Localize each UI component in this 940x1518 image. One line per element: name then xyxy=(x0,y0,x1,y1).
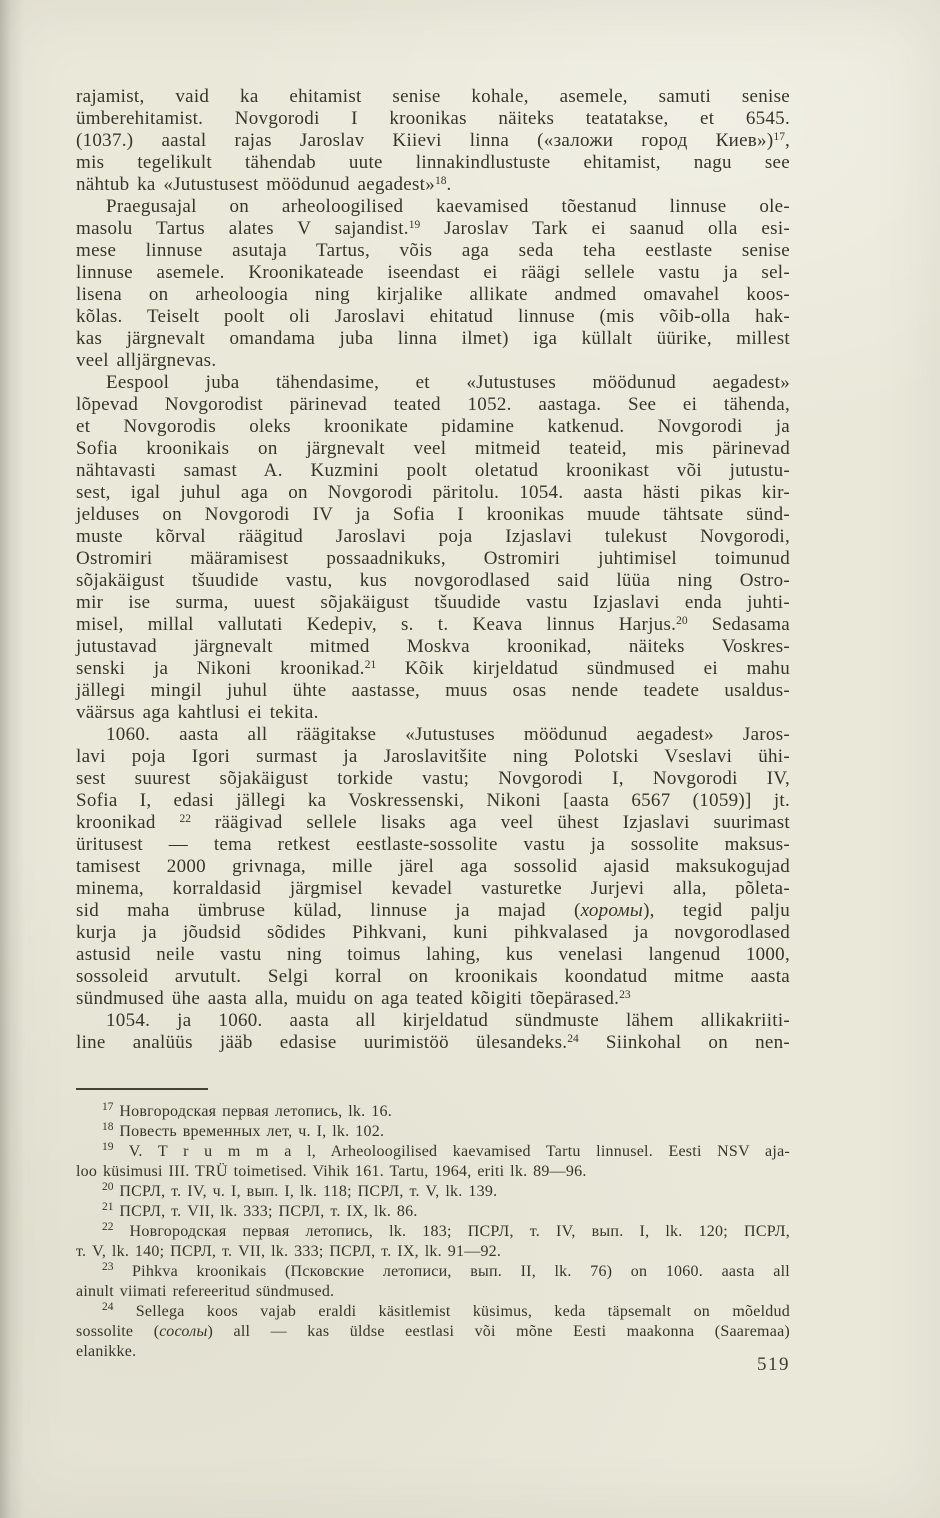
page-text-block: rajamist, vaid ka ehitamist senise kohal… xyxy=(76,86,790,1362)
text-line: sossoleid arvutult. Selgi korral on kroo… xyxy=(76,966,790,988)
text-run: mir ise surma, uuest sõjakäigust tšuudid… xyxy=(76,592,790,613)
text-run: veel alljärgnevas. xyxy=(76,350,216,371)
text-line: sündmused ühe aasta alla, muidu on aga t… xyxy=(76,988,790,1010)
text-line: 1060. aasta all räägitakse «Jutustuses m… xyxy=(76,724,790,746)
text-line: lavi poja Igori surmast ja Jaroslavitšit… xyxy=(76,746,790,768)
text-run: V. T r u m m a l, Arheoloogilised kaevam… xyxy=(114,1143,791,1160)
text-run: ) all — kas üldse eestlasi või mõne Eest… xyxy=(208,1323,790,1340)
footnote-ref: 21 xyxy=(365,659,377,671)
footnote: 18 Повесть временных лет, ч. I, lk. 102. xyxy=(76,1122,790,1142)
text-run: sest suurest sõjakäigust torkide vastu; … xyxy=(76,768,790,789)
text-line: 21 ПСРЛ, т. VII, lk. 333; ПСРЛ, т. IX, l… xyxy=(76,1202,790,1222)
paragraph: 1060. aasta all räägitakse «Jutustuses m… xyxy=(76,724,790,1010)
footnote-ref: 17 xyxy=(102,1101,114,1113)
text-run: kõlas. Teiselt poolt oli Jaroslavi ehita… xyxy=(76,306,790,327)
text-line: nähtavasti samast A. Kuzmini poolt oleta… xyxy=(76,460,790,482)
text-run: ПСРЛ, т. VII, lk. 333; ПСРЛ, т. IX, lk. … xyxy=(114,1203,418,1220)
text-line: sossolite (сосолы) all — kas üldse eestl… xyxy=(76,1322,790,1342)
text-line: üritusest — tema retkest eestlaste-sosso… xyxy=(76,834,790,856)
body-paragraphs: rajamist, vaid ka ehitamist senise kohal… xyxy=(76,86,790,1054)
text-line: 17 Новгородская первая летопись, lk. 16. xyxy=(76,1102,790,1122)
text-line: jutustavad järgnevalt mitmed Moskva kroo… xyxy=(76,636,790,658)
text-run: sossoleid arvutult. Selgi korral on kroo… xyxy=(76,966,790,987)
text-line: lõpevad Novgorodist pärinevad teated 105… xyxy=(76,394,790,416)
footnote-ref: 21 xyxy=(102,1201,114,1213)
text-run: lisena on arheoloogia ning kirjalike all… xyxy=(76,284,790,305)
text-run: sossolite ( xyxy=(76,1323,159,1340)
text-run: Sellega koos vajab eraldi käsitlemist kü… xyxy=(114,1303,791,1320)
text-line: sest, igal juhul aga on Novgorodi pärito… xyxy=(76,482,790,504)
text-run: sündmused ühe aasta alla, muidu on aga t… xyxy=(76,988,619,1009)
paragraph: 1054. ja 1060. aasta all kirjeldatud sün… xyxy=(76,1010,790,1054)
text-run: räägivad sellele lisaks aga veel ühest I… xyxy=(191,812,790,833)
text-run: kas järgnevalt omandama juba linna ilmet… xyxy=(76,328,790,349)
footnote-ref: 18 xyxy=(102,1121,114,1133)
text-line: 22 Новгородская первая летопись, lk. 183… xyxy=(76,1222,790,1242)
text-run: Eespool juba tähendasime, et «Jutustuses… xyxy=(106,372,790,393)
text-line: (1037.) aastal rajas Jaroslav Kiievi lin… xyxy=(76,130,790,152)
page-left-edge-shadow xyxy=(0,0,24,1518)
text-run: (1037.) aastal rajas Jaroslav Kiievi lin… xyxy=(76,130,773,151)
text-line: veel alljärgnevas. xyxy=(76,350,790,372)
footnote-ref: 23 xyxy=(619,989,631,1001)
text-line: 24 Sellega koos vajab eraldi käsitlemist… xyxy=(76,1302,790,1322)
text-run: Повесть временных лет, ч. I, lk. 102. xyxy=(114,1123,385,1140)
text-line: minema, korraldasid järgmisel kevadel va… xyxy=(76,878,790,900)
text-line: linnuse asemele. Kroonikateade iseendast… xyxy=(76,262,790,284)
footnote-ref: 23 xyxy=(102,1261,114,1273)
text-run: jelduses on Novgorodi IV ja Sofia I kroo… xyxy=(76,504,790,525)
text-run: line analüüs jääb edasise uurimistöö üle… xyxy=(76,1032,567,1053)
text-run: tamisest 2000 grivnaga, mille järel aga … xyxy=(76,856,790,877)
text-line: kas järgnevalt omandama juba linna ilmet… xyxy=(76,328,790,350)
footnote-ref: 19 xyxy=(409,219,421,231)
text-run: lõpevad Novgorodist pärinevad teated 105… xyxy=(76,394,790,415)
text-run: masolu Tartus alates V sajandist. xyxy=(76,218,409,239)
text-run: сосолы xyxy=(159,1323,207,1340)
paragraph: rajamist, vaid ka ehitamist senise kohal… xyxy=(76,86,790,196)
text-run: ainult viimati refereeritud sündmused. xyxy=(76,1283,334,1300)
text-line: mis tegelikult tähendab uute linnakindlu… xyxy=(76,152,790,174)
text-run: Новгородская первая летопись, lk. 183; П… xyxy=(114,1223,791,1240)
text-line: 23 Pihkva kroonikais (Псковские летописи… xyxy=(76,1262,790,1282)
text-line: nähtub ka «Jutustusest möödunud aegadest… xyxy=(76,174,790,196)
paragraph: Eespool juba tähendasime, et «Jutustuses… xyxy=(76,372,790,724)
text-line: sõjakäigust tšuudide vastu, kus novgorod… xyxy=(76,570,790,592)
footnote: 22 Новгородская первая летопись, lk. 183… xyxy=(76,1222,790,1262)
text-line: 19 V. T r u m m a l, Arheoloogilised kae… xyxy=(76,1142,790,1162)
text-run: т. V, lk. 140; ПСРЛ, т. VII, lk. 333; ПС… xyxy=(76,1243,501,1260)
text-run: ), tegid palju xyxy=(643,900,790,921)
footnote-ref: 19 xyxy=(102,1141,114,1153)
text-run: lavi poja Igori surmast ja Jaroslavitšit… xyxy=(76,746,790,767)
text-run: , xyxy=(785,130,790,151)
text-line: 18 Повесть временных лет, ч. I, lk. 102. xyxy=(76,1122,790,1142)
text-line: jelduses on Novgorodi IV ja Sofia I kroo… xyxy=(76,504,790,526)
footnote: 21 ПСРЛ, т. VII, lk. 333; ПСРЛ, т. IX, l… xyxy=(76,1202,790,1222)
text-line: Eespool juba tähendasime, et «Jutustuses… xyxy=(76,372,790,394)
text-run: Ostromiri määramisest possaadnikuks, Ost… xyxy=(76,548,790,569)
footnote-ref: 24 xyxy=(102,1301,114,1313)
text-line: kroonikad 22 räägivad sellele lisaks aga… xyxy=(76,812,790,834)
footnote-ref: 20 xyxy=(676,615,688,627)
text-run: väärsus aga kahtlusi ei tekita. xyxy=(76,702,319,723)
text-line: mese linnuse asutaja Tartus, võis aga se… xyxy=(76,240,790,262)
text-line: masolu Tartus alates V sajandist.19 Jaro… xyxy=(76,218,790,240)
text-run: elanikke. xyxy=(76,1343,136,1360)
text-run: üritusest — tema retkest eestlaste-sosso… xyxy=(76,834,790,855)
text-line: misel, millal vallutati Kedepiv, s. t. K… xyxy=(76,614,790,636)
text-line: 20 ПСРЛ, т. IV, ч. I, вып. I, lk. 118; П… xyxy=(76,1182,790,1202)
footnote-ref: 18 xyxy=(435,175,447,187)
text-run: mese linnuse asutaja Tartus, võis aga se… xyxy=(76,240,790,261)
text-run: nähtub ka «Jutustusest möödunud aegadest… xyxy=(76,174,435,195)
text-line: sest suurest sõjakäigust torkide vastu; … xyxy=(76,768,790,790)
text-line: astusid neile vastu ning toimus lahing, … xyxy=(76,944,790,966)
text-line: т. V, lk. 140; ПСРЛ, т. VII, lk. 333; ПС… xyxy=(76,1242,790,1262)
footnote-ref: 24 xyxy=(567,1033,579,1045)
text-run: jällegi mingil juhul ühte aastasse, muus… xyxy=(76,680,790,701)
footnote: 20 ПСРЛ, т. IV, ч. I, вып. I, lk. 118; П… xyxy=(76,1182,790,1202)
text-run: sõjakäigust tšuudide vastu, kus novgorod… xyxy=(76,570,790,591)
text-run: Siinkohal on nen- xyxy=(579,1032,790,1053)
text-run: minema, korraldasid järgmisel kevadel va… xyxy=(76,878,790,899)
text-run: loo küsimusi III. TRÜ toimetised. Vihik … xyxy=(76,1163,587,1180)
text-run: astusid neile vastu ning toimus lahing, … xyxy=(76,944,790,965)
text-line: ümberehitamist. Novgorodi I kroonikas nä… xyxy=(76,108,790,130)
book-page: rajamist, vaid ka ehitamist senise kohal… xyxy=(0,0,940,1518)
text-run: хоромы xyxy=(581,900,643,921)
text-line: Sofia I, edasi jällegi ka Voskressenski,… xyxy=(76,790,790,812)
page-number: 519 xyxy=(757,1354,790,1376)
text-run: kroonikad xyxy=(76,812,179,833)
footnote: 23 Pihkva kroonikais (Псковские летописи… xyxy=(76,1262,790,1302)
text-line: jällegi mingil juhul ühte aastasse, muus… xyxy=(76,680,790,702)
text-line: senski ja Nikoni kroonikad.21 Kõik kirje… xyxy=(76,658,790,680)
footnote: 24 Sellega koos vajab eraldi käsitlemist… xyxy=(76,1302,790,1362)
text-run: Sofia kroonikais on järgnevalt veel mitm… xyxy=(76,438,790,459)
text-line: kõlas. Teiselt poolt oli Jaroslavi ehita… xyxy=(76,306,790,328)
footnotes: 17 Новгородская первая летопись, lk. 16.… xyxy=(76,1102,790,1362)
text-line: muste kõrval räägitud Jaroslavi poja Izj… xyxy=(76,526,790,548)
text-run: Новгородская первая летопись, lk. 16. xyxy=(114,1103,392,1120)
text-run: 1060. aasta all räägitakse «Jutustuses m… xyxy=(106,724,790,745)
text-run: sid maha ümbruse külad, linnuse ja majad… xyxy=(76,900,581,921)
text-line: elanikke. xyxy=(76,1342,790,1362)
text-run: ПСРЛ, т. IV, ч. I, вып. I, lk. 118; ПСРЛ… xyxy=(114,1183,498,1200)
text-run: misel, millal vallutati Kedepiv, s. t. K… xyxy=(76,614,676,635)
text-run: sest, igal juhul aga on Novgorodi pärito… xyxy=(76,482,790,503)
paragraph: Praegusajal on arheoloogilised kaevamise… xyxy=(76,196,790,372)
text-run: mis tegelikult tähendab uute linnakindlu… xyxy=(76,152,790,173)
text-run: muste kõrval räägitud Jaroslavi poja Izj… xyxy=(76,526,790,547)
text-run: kurja ja jõudsid sõdides Pihkvani, kuni … xyxy=(76,922,790,943)
text-run: Sofia I, edasi jällegi ka Voskressenski,… xyxy=(76,790,790,811)
text-line: ainult viimati refereeritud sündmused. xyxy=(76,1282,790,1302)
text-line: lisena on arheoloogia ning kirjalike all… xyxy=(76,284,790,306)
text-run: 1054. ja 1060. aasta all kirjeldatud sün… xyxy=(106,1010,790,1031)
text-run: Pihkva kroonikais (Псковские летописи, в… xyxy=(114,1263,791,1280)
text-run: jutustavad järgnevalt mitmed Moskva kroo… xyxy=(76,636,790,657)
text-run: senski ja Nikoni kroonikad. xyxy=(76,658,365,679)
footnote: 17 Новгородская первая летопись, lk. 16. xyxy=(76,1102,790,1122)
text-line: et Novgorodis oleks kroonikate pidamine … xyxy=(76,416,790,438)
text-line: line analüüs jääb edasise uurimistöö üle… xyxy=(76,1032,790,1054)
text-run: Kõik kirjeldatud sündmused ei mahu xyxy=(376,658,790,679)
text-run: nähtavasti samast A. Kuzmini poolt oleta… xyxy=(76,460,790,481)
text-line: 1054. ja 1060. aasta all kirjeldatud sün… xyxy=(76,1010,790,1032)
text-line: mir ise surma, uuest sõjakäigust tšuudid… xyxy=(76,592,790,614)
footnote-separator xyxy=(76,1088,208,1090)
text-line: sid maha ümbruse külad, linnuse ja majad… xyxy=(76,900,790,922)
text-run: Sedasama xyxy=(688,614,790,635)
footnote: 19 V. T r u m m a l, Arheoloogilised kae… xyxy=(76,1142,790,1182)
text-line: Ostromiri määramisest possaadnikuks, Ost… xyxy=(76,548,790,570)
text-line: loo küsimusi III. TRÜ toimetised. Vihik … xyxy=(76,1162,790,1182)
text-run: linnuse asemele. Kroonikateade iseendast… xyxy=(76,262,790,283)
text-run: Jaroslav Tark ei saanud olla esi- xyxy=(420,218,790,239)
text-run: . xyxy=(447,174,452,195)
text-run: et Novgorodis oleks kroonikate pidamine … xyxy=(76,416,790,437)
footnote-ref: 22 xyxy=(102,1221,114,1233)
footnote-ref: 22 xyxy=(179,813,191,825)
text-run: rajamist, vaid ka ehitamist senise kohal… xyxy=(76,86,790,107)
footnote-ref: 17 xyxy=(773,131,785,143)
text-line: Praegusajal on arheoloogilised kaevamise… xyxy=(76,196,790,218)
text-line: kurja ja jõudsid sõdides Pihkvani, kuni … xyxy=(76,922,790,944)
text-line: tamisest 2000 grivnaga, mille järel aga … xyxy=(76,856,790,878)
text-line: Sofia kroonikais on järgnevalt veel mitm… xyxy=(76,438,790,460)
text-run: Praegusajal on arheoloogilised kaevamise… xyxy=(106,196,790,217)
text-run: ümberehitamist. Novgorodi I kroonikas nä… xyxy=(76,108,790,129)
footnote-ref: 20 xyxy=(102,1181,114,1193)
text-line: rajamist, vaid ka ehitamist senise kohal… xyxy=(76,86,790,108)
text-line: väärsus aga kahtlusi ei tekita. xyxy=(76,702,790,724)
